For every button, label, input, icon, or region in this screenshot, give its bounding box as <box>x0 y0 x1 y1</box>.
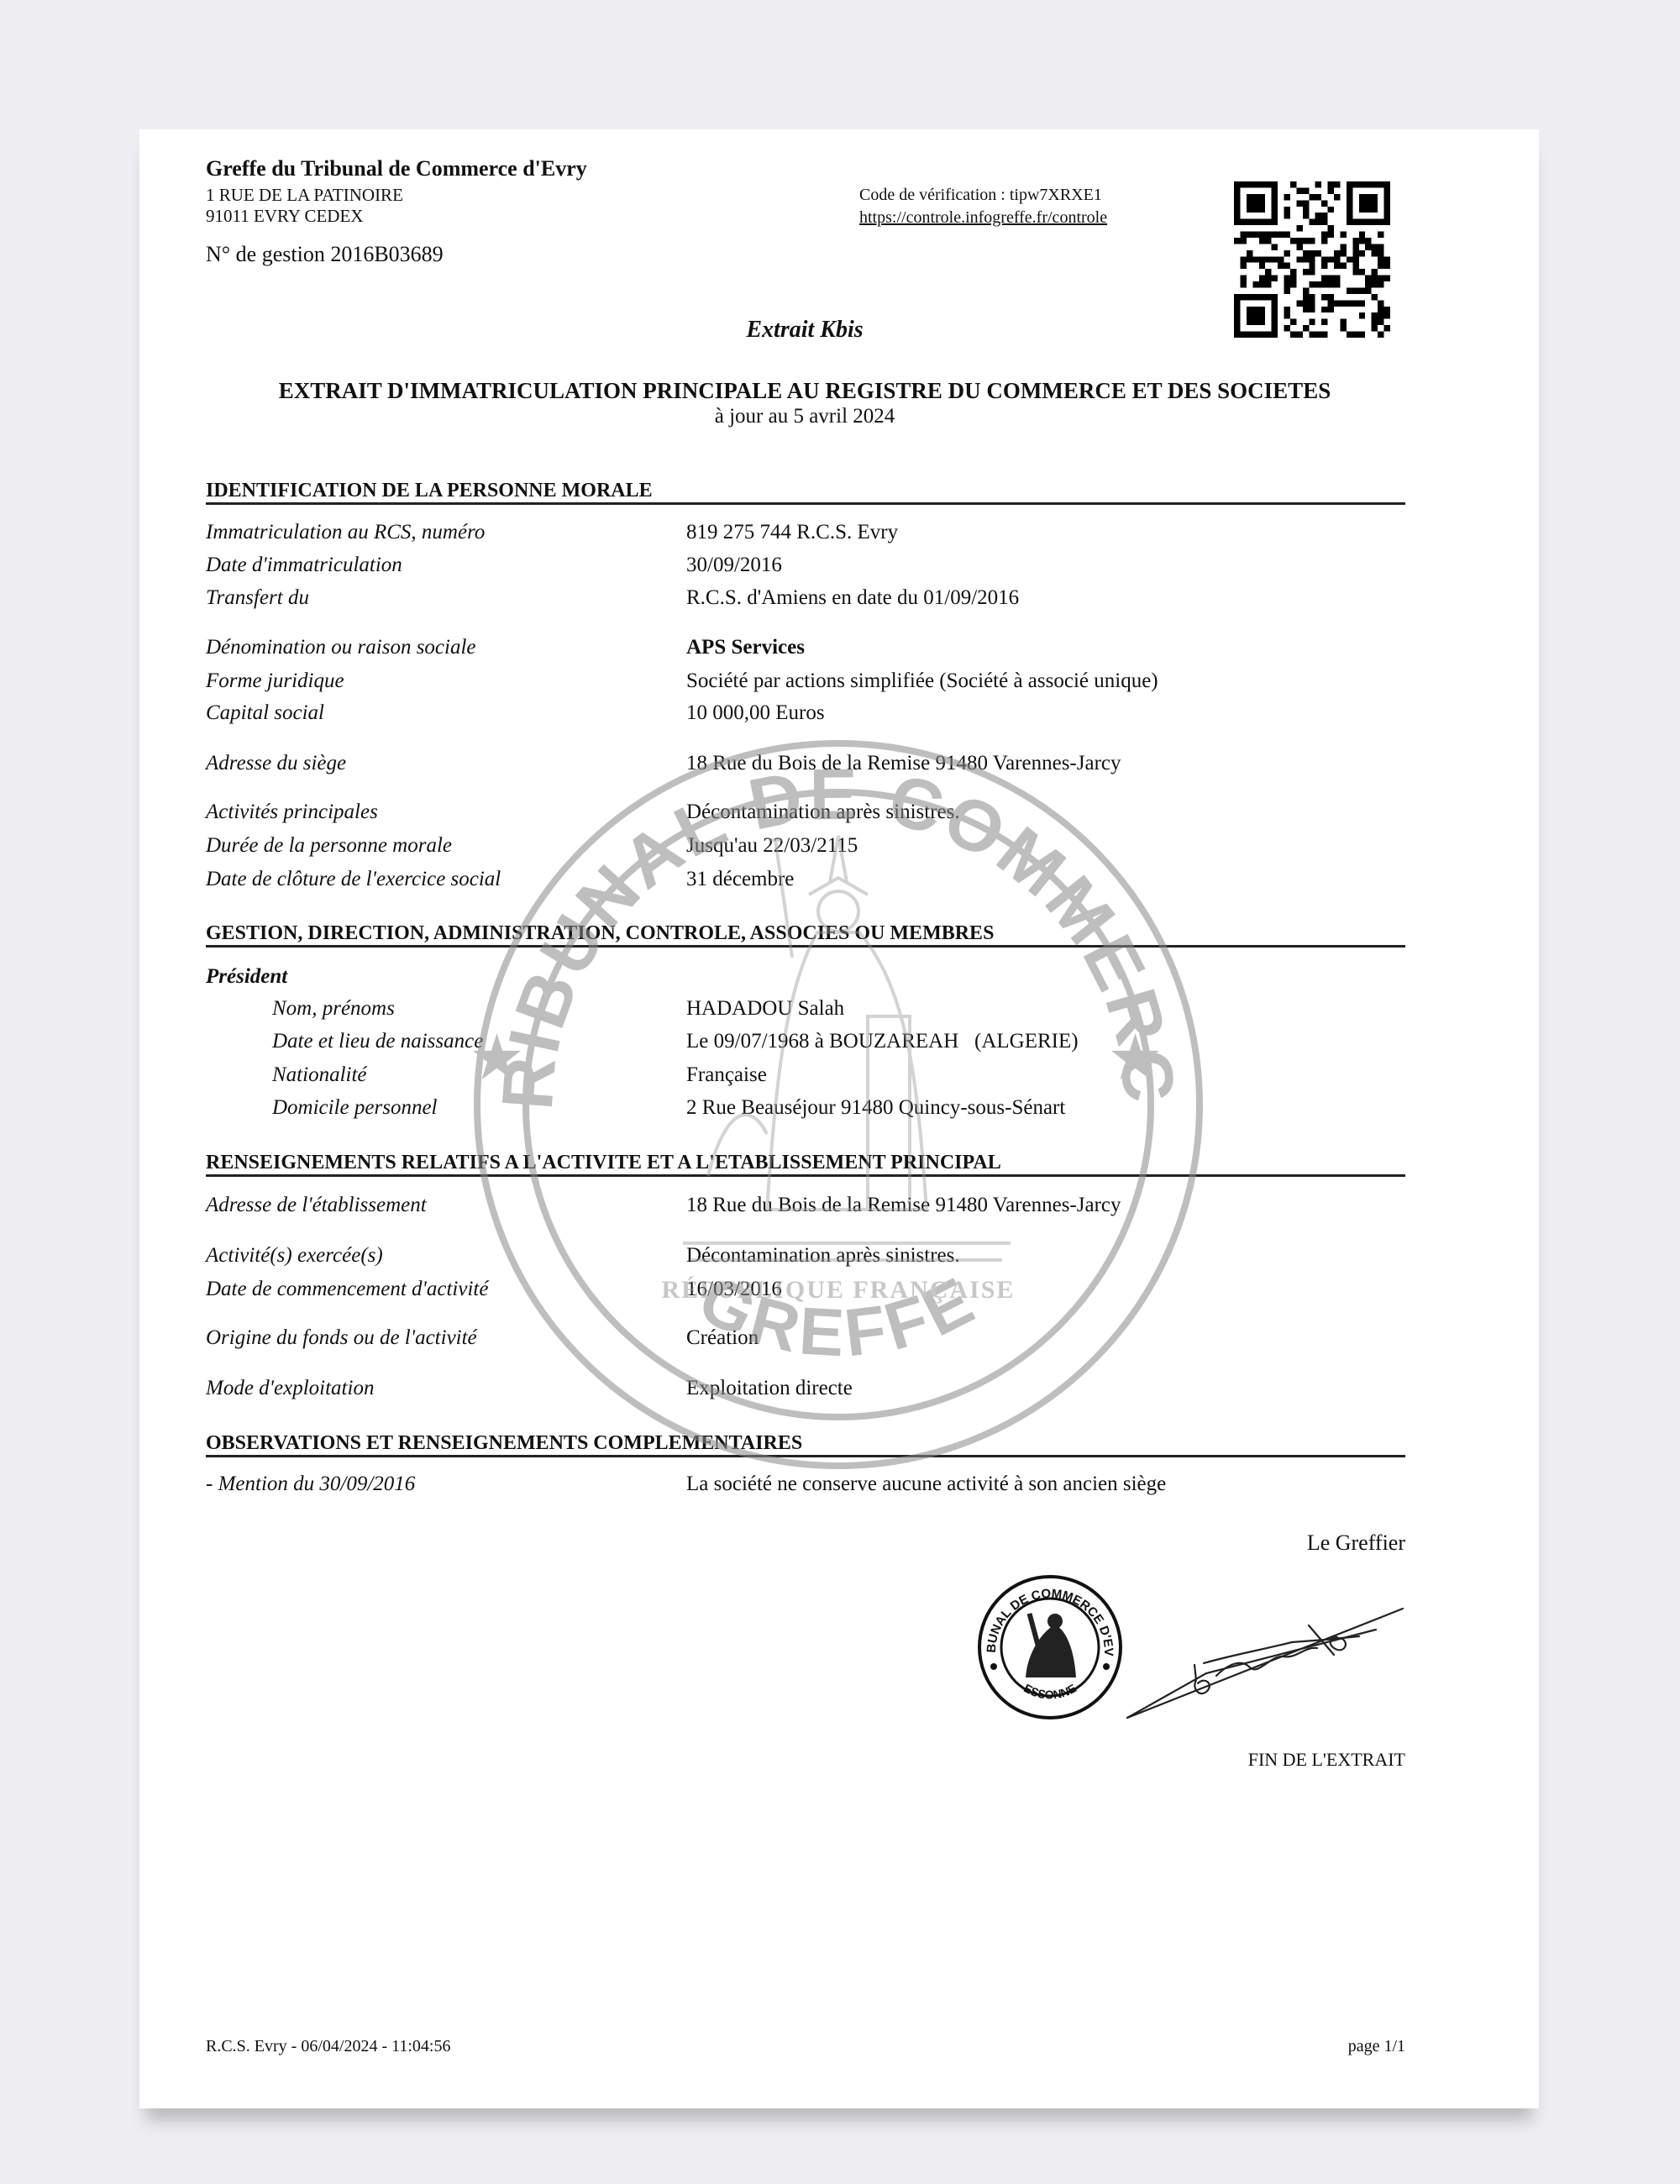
field-label: Transfert du <box>206 587 309 608</box>
issuer-address-line1: 1 RUE DE LA PATINOIRE <box>206 186 403 204</box>
end-of-extract: FIN DE L'EXTRAIT <box>1248 1751 1405 1769</box>
field-value: R.C.S. d'Amiens en date du 01/09/2016 <box>686 587 1019 608</box>
field-label: Domicile personnel <box>272 1097 437 1118</box>
field-value: Exploitation directe <box>686 1378 853 1399</box>
field-label: Date de commencement d'activité <box>206 1278 488 1299</box>
field-label: Date et lieu de naissance <box>272 1031 483 1052</box>
signer-title: Le Greffier <box>1307 1532 1405 1554</box>
field-value: HADADOU Salah <box>686 998 844 1019</box>
issuer-name: Greffe du Tribunal de Commerce d'Evry <box>206 158 587 180</box>
field-label: Nom, prénoms <box>272 998 395 1019</box>
svg-text:ESSONNE: ESSONNE <box>1021 1681 1079 1701</box>
section-heading-activite: RENSEIGNEMENTS RELATIFS A L'ACTIVITE ET … <box>206 1152 1405 1177</box>
field-value: 31 décembre <box>686 869 794 890</box>
role-president: Président <box>206 966 287 987</box>
field-label: - Mention du 30/09/2016 <box>206 1473 415 1494</box>
field-value: 30/09/2016 <box>686 554 782 575</box>
kbis-document-page: Greffe du Tribunal de Commerce d'Evry 1 … <box>139 129 1539 2108</box>
document-title: EXTRAIT D'IMMATRICULATION PRINCIPALE AU … <box>139 380 1470 402</box>
field-value: La société ne conserve aucune activité à… <box>686 1473 1166 1494</box>
document-kind: Extrait Kbis <box>139 318 1470 342</box>
field-label: Nationalité <box>272 1064 367 1085</box>
field-value: 18 Rue du Bois de la Remise 91480 Varenn… <box>686 753 1121 774</box>
gestion-number: N° de gestion 2016B03689 <box>206 244 444 265</box>
section-heading-gestion: GESTION, DIRECTION, ADMINISTRATION, CONT… <box>206 923 1405 948</box>
field-value: APS Services <box>686 637 805 658</box>
field-value: Le 09/07/1968 à BOUZAREAH (ALGERIE) <box>686 1031 1079 1052</box>
field-value: Décontamination après sinistres. <box>686 801 960 822</box>
section-heading-observations: OBSERVATIONS ET RENSEIGNEMENTS COMPLEMEN… <box>206 1433 1405 1457</box>
field-label: Adresse de l'établissement <box>206 1194 427 1215</box>
verification-url-link[interactable]: https://controle.infogreffe.fr/controle <box>859 209 1107 226</box>
field-label: Mode d'exploitation <box>206 1378 374 1399</box>
field-label: Origine du fonds ou de l'activité <box>206 1327 477 1348</box>
field-label: Durée de la personne morale <box>206 835 452 856</box>
verification-code: Code de vérification : tipw7XRXE1 <box>859 186 1102 203</box>
field-label: Adresse du siège <box>206 753 346 774</box>
field-value: Française <box>686 1064 767 1085</box>
field-label: Dénomination ou raison sociale <box>206 637 476 658</box>
field-value: Décontamination après sinistres. <box>686 1245 960 1266</box>
section-heading-identification: IDENTIFICATION DE LA PERSONNE MORALE <box>206 480 1405 505</box>
field-label: Forme juridique <box>206 670 344 691</box>
field-value: 2 Rue Beauséjour 91480 Quincy-sous-Sénar… <box>686 1097 1065 1118</box>
field-value: 18 Rue du Bois de la Remise 91480 Varenn… <box>686 1194 1121 1215</box>
footer-page-number: page 1/1 <box>1348 2038 1405 2055</box>
signature-icon <box>1124 1596 1406 1722</box>
field-value: 16/03/2016 <box>686 1278 782 1299</box>
document-subtitle: à jour au 5 avril 2024 <box>139 406 1470 427</box>
field-label: Date d'immatriculation <box>206 554 402 575</box>
field-value: Société par actions simplifiée (Société … <box>686 670 1158 691</box>
field-value: 10 000,00 Euros <box>686 702 825 723</box>
footer-timestamp: R.C.S. Evry - 06/04/2024 - 11:04:56 <box>206 2038 450 2055</box>
qr-code-icon <box>1234 181 1390 338</box>
court-seal-stamp-icon: TRIBUNAL DE COMMERCE D'EVRY ESSONNE <box>975 1572 1125 1722</box>
field-label: Date de clôture de l'exercice social <box>206 869 501 890</box>
issuer-address-line2: 91011 EVRY CEDEX <box>206 207 363 225</box>
field-label: Activités principales <box>206 801 378 822</box>
field-value: Création <box>686 1327 759 1348</box>
field-label: Immatriculation au RCS, numéro <box>206 522 485 543</box>
field-label: Activité(s) exercée(s) <box>206 1245 383 1266</box>
field-value: 819 275 744 R.C.S. Evry <box>686 522 898 543</box>
field-label: Capital social <box>206 702 324 723</box>
field-value: Jusqu'au 22/03/2115 <box>686 835 858 856</box>
